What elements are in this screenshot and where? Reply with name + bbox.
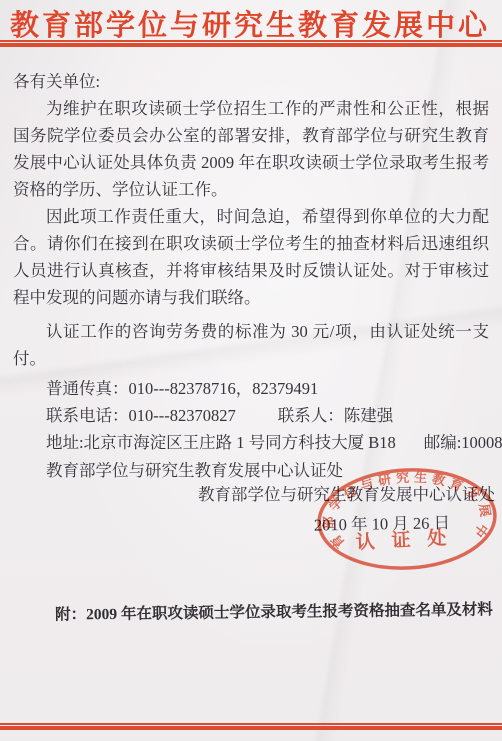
postcode: 邮编:100083 <box>424 433 502 452</box>
contact-person: 联系人：陈建强 <box>278 406 394 425</box>
address-line: 地址:北京市海淀区王庄路 1 号同方科技大厦 B18邮编:100083 <box>13 429 489 456</box>
phone-number: 联系电话：010---82370827 <box>46 406 236 425</box>
letter-body: 各有关单位: 为维护在职攻读硕士学位招生工作的严肃性和公正性，根据国务院学位委员… <box>13 68 489 484</box>
rule-thin-line <box>0 40 502 42</box>
attachment-note: 附：2009 年在职攻读硕士学位录取考生报考资格抽查名单及材料 <box>55 597 493 624</box>
official-seal: 教育部学位与研究生教育发展中心 认 证 处 <box>312 461 501 576</box>
footer-rule-thick-line <box>0 726 502 730</box>
seal-graphic: 教育部学位与研究生教育发展中心 认 证 处 <box>312 461 501 576</box>
seal-center-text: 认 证 处 <box>355 526 453 554</box>
letterhead-double-rule <box>0 40 502 47</box>
letterhead-title: 教育部学位与研究生教育发展中心 <box>10 3 494 44</box>
paragraph-fee: 认证工作的咨询劳务费的标准为 30 元/项，由认证处统一支付。 <box>13 318 489 372</box>
rule-thick-line <box>0 43 502 47</box>
salutation: 各有关单位: <box>13 68 489 95</box>
fax-line: 普通传真：010---82378716，82379491 <box>13 375 489 402</box>
paragraph-1: 为维护在职攻读硕士学位招生工作的严肃性和公正性，根据国务院学位委员会办公室的部署… <box>13 95 489 203</box>
phone-line: 联系电话：010---82370827联系人：陈建强 <box>13 402 489 429</box>
footer-rule-thin-line <box>0 723 502 725</box>
paragraph-2: 因此项工作责任重大，时间急迫，希望得到你单位的大力配合。请你们在接到在职攻读硕士… <box>13 203 489 311</box>
address: 地址:北京市海淀区王庄路 1 号同方科技大厦 B18 <box>46 433 396 452</box>
scanned-letter-page: 教育部学位与研究生教育发展中心 各有关单位: 为维护在职攻读硕士学位招生工作的严… <box>0 0 502 741</box>
footer-double-rule <box>0 723 502 730</box>
